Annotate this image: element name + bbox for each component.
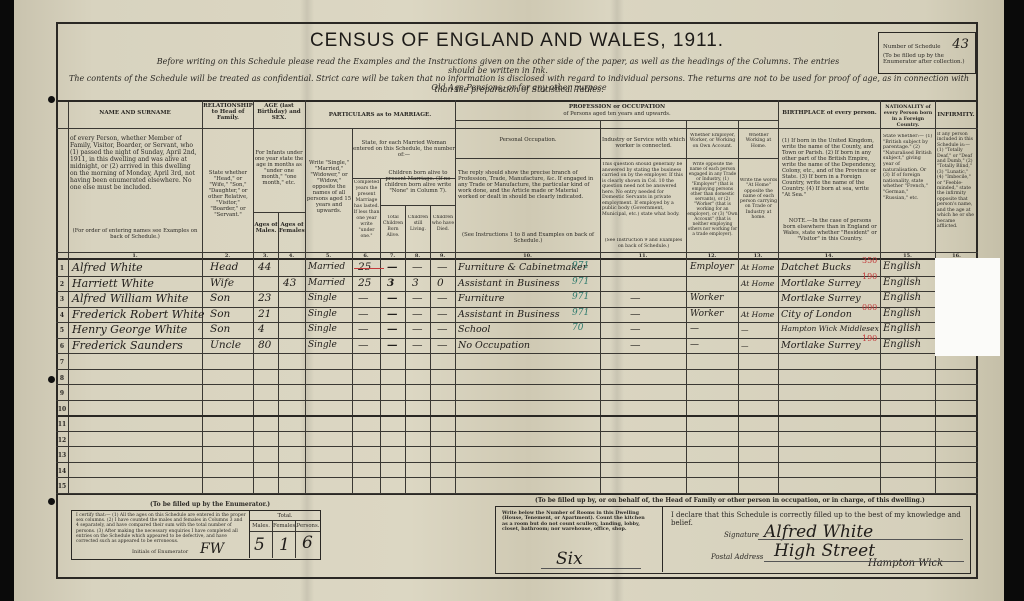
occupation: Assistant in Business [458, 309, 560, 320]
header-nationality: NATIONALITY of every Person born in a Fo… [881, 104, 935, 128]
strike-mark [354, 268, 384, 269]
relationship: Uncle [210, 339, 241, 351]
birthplace: Datchet Bucks [781, 262, 851, 273]
industry: — [630, 292, 641, 304]
head-section-box: Write below the Number of Rooms in this … [495, 506, 971, 574]
rooms-count: Six [556, 549, 583, 569]
address-label: Postal Address [711, 553, 763, 561]
birthplace: Mortlake Surrey [781, 278, 861, 289]
marital-status: Single [308, 324, 337, 334]
head-section-heading: (To be filled up by, or on behalf of, th… [535, 498, 925, 504]
marital-status: Married [308, 262, 345, 272]
occupation: Furniture [458, 293, 505, 304]
working-at-home: At Home [741, 310, 774, 319]
header-name-note: (For order of entering names see Example… [70, 228, 200, 240]
schedule-number-box: Number of Schedule 43 (To be filled up b… [878, 32, 976, 74]
annotation: 350 [862, 256, 877, 265]
header-infirmity-body: If any person included in this Schedule … [937, 132, 976, 229]
females-label: Females. [273, 523, 295, 529]
col-num: 13. [738, 253, 778, 259]
person-name: Alfred William White [72, 292, 188, 305]
header-children-died: Children who have Died. [431, 215, 455, 233]
col-num: 3. [253, 253, 278, 259]
age-male: 44 [258, 261, 271, 273]
employment-status: Worker [690, 309, 723, 319]
total-persons: 6 [302, 533, 313, 553]
header-employer: Whether Employer, Worker, or Working on … [687, 133, 738, 149]
header-relationship-body: State whether "Head," or "Wife," "Son," … [204, 170, 252, 218]
row-number: 6 [56, 343, 68, 350]
header-age-body: For Infants under one year state the age… [254, 150, 304, 186]
punch-hole [48, 96, 55, 103]
nationality: English [883, 261, 921, 272]
column-divider [68, 102, 69, 493]
col-num: 2. [202, 253, 253, 259]
row-number: 5 [56, 327, 68, 334]
header-marriage-write: Write "Single," "Married," "Widower," or… [306, 160, 352, 214]
header-age-males: Ages of Males. [254, 222, 278, 234]
header-total-children: Total Children Born Alive. [381, 215, 405, 239]
birthplace: City of London [781, 309, 852, 320]
working-at-home: At Home [741, 263, 774, 272]
annotation: 190 [862, 334, 877, 343]
nationality: English [883, 323, 921, 334]
row-number: 9 [56, 390, 68, 397]
total-males: 5 [254, 535, 265, 555]
header-infirmity: INFIRMITY. [936, 112, 976, 118]
row-number: 13 [56, 452, 68, 459]
header-children-living: Children still Living. [406, 215, 430, 233]
occupation: Assistant in Business [458, 278, 560, 289]
industry: — [630, 339, 641, 351]
header-birthplace: BIRTHPLACE of every person. [779, 110, 880, 116]
initials-label: Initials of Enumerator [132, 549, 188, 555]
row-number: 4 [56, 312, 68, 319]
age-male: 21 [258, 308, 271, 320]
relationship: Son [210, 323, 230, 335]
header-marriage-children: Children born alive to present Marriage.… [381, 170, 455, 194]
occupation-code: 70 [572, 323, 583, 333]
industry: — [630, 323, 641, 335]
total-females: 1 [279, 535, 290, 555]
header-marriage-state: State, for each Married Woman entered on… [353, 140, 455, 158]
children-died: — [437, 261, 448, 273]
occupation: Furniture & Cabinetmaker [458, 262, 587, 273]
person-name: Frederick Robert White [72, 308, 205, 321]
occupation-code: 971 [572, 277, 589, 287]
nationality: English [883, 339, 921, 350]
industry: — [630, 308, 641, 320]
children-died: — [437, 323, 448, 335]
birthplace: Mortlake Surrey [781, 340, 861, 351]
relationship: Son [210, 292, 230, 304]
column-divider [778, 100, 779, 493]
col-num: 7. [380, 253, 405, 259]
occupation-code: 971 [572, 308, 589, 318]
document-title: CENSUS OF ENGLAND AND WALES, 1911. [58, 30, 976, 52]
annotation: 190 [862, 272, 877, 281]
marital-status: Married [308, 278, 345, 288]
schedule-number-label: Number of Schedule [883, 44, 941, 50]
working-at-home: — [741, 341, 749, 350]
punch-hole [48, 376, 55, 383]
column-divider [880, 100, 881, 493]
children-total: 3 [387, 277, 394, 289]
working-at-home: At Home [741, 279, 774, 288]
children-living: — [412, 261, 423, 273]
col-num: 1. [68, 253, 202, 259]
employment-status: Worker [690, 293, 723, 303]
person-name: Harriett White [72, 277, 154, 290]
header-personal-body: The reply should show the precise branch… [458, 170, 598, 200]
occupation: No Occupation [458, 340, 530, 351]
person-name: Alfred White [72, 261, 143, 274]
employment-status: Employer [690, 262, 734, 272]
enumerator-heading: (To be filled up by the Enumerator.) [150, 502, 270, 508]
header-industry-note: (See Instruction 9 and Examples on back … [602, 238, 685, 250]
header-name-body: of every Person, whether Member of Famil… [70, 135, 200, 191]
persons-label: Persons. [296, 523, 320, 529]
header-name: NAME AND SURNAME [68, 110, 202, 116]
enumerator-certification: I certify that:— (1) All the ages on thi… [76, 513, 246, 544]
person-name: Henry George White [72, 323, 187, 336]
years-married: — [358, 308, 369, 320]
header-marriage: PARTICULARS as to MARRIAGE. [306, 112, 454, 118]
employment-status: — [690, 340, 699, 350]
row-number: 15 [56, 483, 68, 490]
column-divider [430, 205, 431, 493]
row-number: 10 [56, 406, 68, 413]
occupation-code: 971 [572, 261, 589, 271]
children-total: — [387, 323, 398, 335]
column-divider [305, 100, 306, 493]
birthplace: Hampton Wick Middlesex [781, 324, 879, 333]
males-label: Males. [250, 523, 272, 529]
person-name: Frederick Saunders [72, 339, 183, 352]
rooms-instruction: Write below the Number of Rooms in this … [502, 511, 652, 533]
instruction-line: Before writing on this Schedule please r… [148, 57, 848, 75]
column-divider [405, 205, 406, 493]
header-age-females: Ages of Females. [279, 222, 305, 234]
nationality: English [883, 277, 921, 288]
marital-status: Single [308, 340, 337, 350]
birthplace: Mortlake Surrey [781, 293, 861, 304]
years-married: — [358, 292, 369, 304]
occupation: School [458, 324, 490, 335]
age-male: 4 [258, 323, 265, 335]
col-num: 5. [305, 253, 352, 259]
nationality: English [883, 308, 921, 319]
header-occupation-subtitle: of Persons aged ten years and upwards. [456, 111, 778, 117]
relationship: Head [210, 261, 238, 273]
header-nationality-body: State whether:— (1) "British subject by … [883, 134, 933, 201]
years-married: 25 [358, 277, 371, 289]
children-total: — [387, 292, 398, 304]
children-died: — [437, 292, 448, 304]
row-number: 14 [56, 468, 68, 475]
header-employer-body: Write opposite the name of each person e… [687, 162, 738, 237]
col-num: 12. [686, 253, 738, 259]
signature-label: Signature [724, 531, 759, 539]
total-label: Total. [250, 513, 320, 519]
header-home-body: Write the words "At Home" opposite the n… [739, 178, 778, 220]
header-personal-note: (See Instructions 1 to 8 and Examples on… [458, 232, 598, 244]
address-line-2: Hampton Wick [868, 558, 943, 569]
children-living: 3 [412, 277, 419, 289]
schedule-number: 43 [952, 37, 969, 52]
row-number: 7 [56, 359, 68, 366]
children-died: 0 [437, 277, 444, 289]
row-number: 8 [56, 375, 68, 382]
confidential-notice-2: than the preparation of Statistical Tabl… [64, 85, 974, 94]
row-number: 12 [56, 437, 68, 444]
row-number: 3 [56, 296, 68, 303]
header-home: Whether Working at Home. [739, 133, 778, 149]
years-married: — [358, 339, 369, 351]
children-total: — [387, 339, 398, 351]
schedule-number-note: (To be filled up by the Enumerator after… [883, 53, 971, 65]
annotation: 000 [862, 303, 877, 312]
relationship: Wife [210, 277, 234, 289]
years-married: — [358, 323, 369, 335]
header-birthplace-body: (1) If born in the United Kingdom, write… [782, 138, 878, 198]
row-number: 1 [56, 265, 68, 272]
working-at-home: — [741, 325, 749, 334]
marital-status: Single [308, 309, 337, 319]
header-personal-occupation: Personal Occupation. [456, 137, 600, 143]
column-divider [202, 100, 203, 493]
years-married: 25 [358, 261, 371, 273]
column-divider [455, 100, 456, 493]
age-male: 80 [258, 339, 271, 351]
header-marriage-years: Completed years the present Marriage has… [353, 180, 380, 240]
children-died: — [437, 339, 448, 351]
marital-status: Single [308, 293, 337, 303]
nationality: English [883, 292, 921, 303]
header-industry: Industry or Service with which worker is… [601, 137, 686, 149]
col-num: 6. [352, 253, 380, 259]
header-birthplace-note: NOTE.—In the case of persons born elsewh… [782, 218, 878, 242]
children-total: — [387, 308, 398, 320]
redacted-area [935, 258, 1000, 356]
col-num: 8. [405, 253, 430, 259]
row-number: 11 [56, 421, 68, 428]
enumerator-box: I certify that:— (1) All the ages on thi… [71, 510, 321, 560]
col-num: 9. [430, 253, 455, 259]
children-total: — [387, 261, 398, 273]
row-number: 2 [56, 281, 68, 288]
col-num: 11. [600, 253, 686, 259]
enumerator-initials: FW [200, 541, 224, 557]
header-relationship: RELATIONSHIP to Head of Family. [203, 103, 253, 121]
employment-status: — [690, 324, 699, 334]
header-occupation: PROFESSION or OCCUPATION [456, 104, 778, 110]
col-num: 15. [880, 253, 935, 259]
occupation-code: 971 [572, 292, 589, 302]
children-living: — [412, 308, 423, 320]
children-living: — [412, 323, 423, 335]
punch-hole [48, 498, 55, 505]
col-num: 4. [278, 253, 305, 259]
header-age: AGE (last Birthday) and SEX. [254, 103, 304, 121]
relationship: Son [210, 308, 230, 320]
col-num: 10. [455, 253, 600, 259]
children-died: — [437, 308, 448, 320]
header-industry-body: This question should generally be answer… [602, 162, 685, 217]
age-male: 23 [258, 292, 271, 304]
address-line-1: High Street [774, 541, 875, 561]
age-female: 43 [283, 277, 296, 289]
children-living: — [412, 339, 423, 351]
children-living: — [412, 292, 423, 304]
